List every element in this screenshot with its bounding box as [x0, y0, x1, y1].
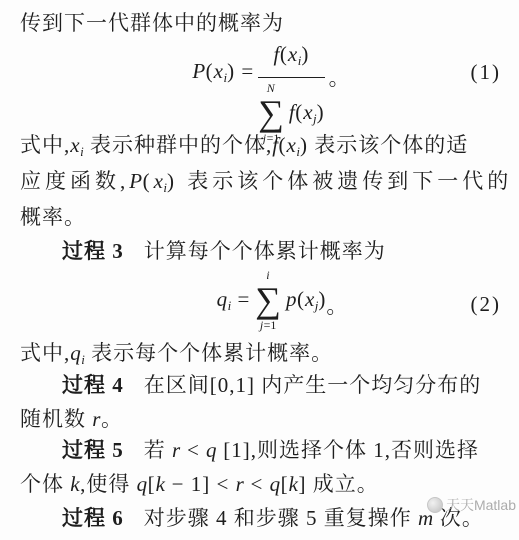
sigma-icon: ∑: [258, 95, 284, 131]
process-4-step-line2: 随机数 r。: [20, 405, 123, 433]
equation-2-number: (2): [471, 292, 502, 317]
equation-1-number: (1): [471, 60, 502, 85]
equation-2-period: 。: [326, 290, 348, 320]
denominator-term: f(xj): [289, 100, 325, 127]
paragraph-intro: 传到下一代群体中的概率为: [20, 9, 284, 37]
equation-1-period: 。: [329, 64, 351, 92]
sigma-icon: ∑: [255, 282, 281, 318]
paragraph-eq1-explanation-line2: 应度函数,P(xi) 表示该个体被遗传到下一代的: [20, 167, 512, 202]
fraction-numerator: f(xi): [268, 40, 316, 77]
equation-1-body: P(xi) = f(xi) N ∑ j=1 f(xj) 。: [24, 40, 519, 145]
process-5-step-line2: 个体 k,使得 q[k − 1] < r < q[k] 成立。: [20, 470, 379, 498]
paragraph-eq1-explanation-line3: 概率。: [20, 203, 86, 231]
paragraph-eq2-explanation: 式中,qi 表示每个个体累计概率。: [20, 339, 333, 374]
summation: i ∑ j=1: [255, 268, 281, 332]
equation-2-rhs: p(xj): [286, 287, 326, 314]
paragraph-eq1-explanation-line1: 式中,xi 表示种群中的个体,f(xi) 表示该个体的适: [20, 131, 468, 166]
fraction: f(xi) N ∑ j=1 f(xj): [258, 40, 324, 145]
process-5-step-line1: 过程 5若 r < q [1],则选择个体 1,否则选择: [62, 436, 479, 464]
equation-2-lhs: qi =: [217, 287, 251, 314]
equation-2: qi = i ∑ j=1 p(xj) 。 (2): [0, 264, 519, 336]
watermark: 天天Matlab: [427, 495, 516, 515]
equation-2-body: qi = i ∑ j=1 p(xj) 。: [46, 264, 519, 336]
watermark-logo-icon: [427, 497, 443, 513]
process-3-step: 过程 3计算每个个体累计概率为: [62, 237, 386, 265]
equation-1-lhs: P(xi) =: [192, 57, 254, 92]
process-6-step: 过程 6对步骤 4 和步骤 5 重复操作 m 次。: [62, 504, 484, 532]
watermark-label: 天天Matlab: [446, 495, 516, 515]
paper-page: 传到下一代群体中的概率为 P(xi) = f(xi) N ∑ j=1 f(xj)…: [0, 0, 519, 540]
sum-lower-limit: j=1: [260, 318, 277, 332]
equation-1: P(xi) = f(xi) N ∑ j=1 f(xj) 。 (1): [0, 40, 519, 132]
process-4-step-line1: 过程 4在区间[0,1] 内产生一个均匀分布的: [62, 371, 481, 399]
